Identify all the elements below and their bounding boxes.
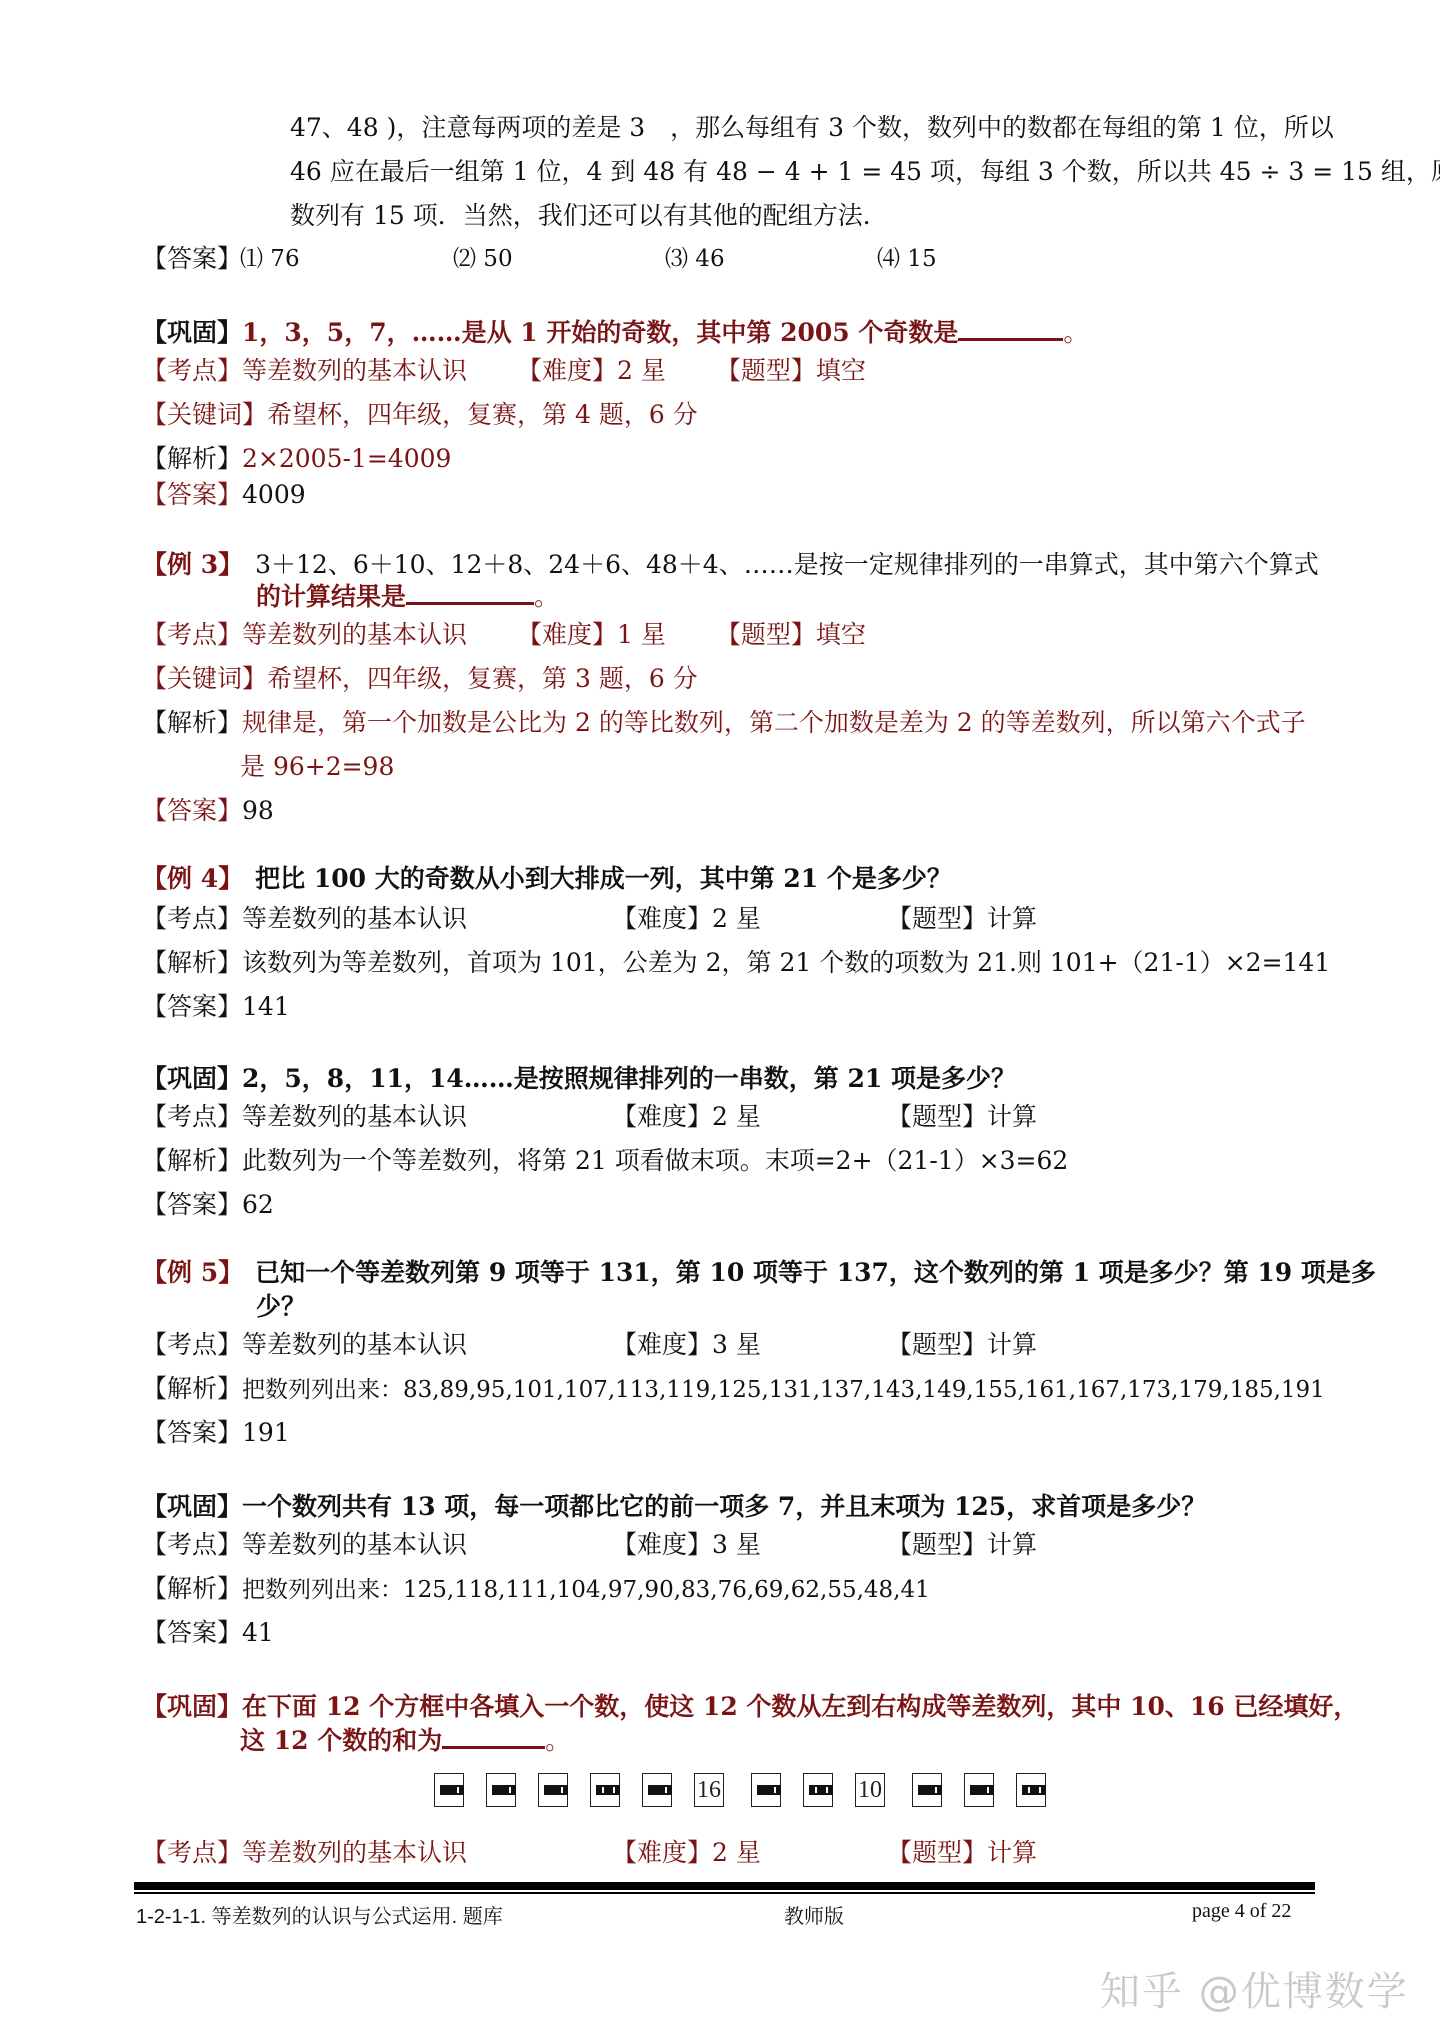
kaodian-value: 等差数列的基本认识: [242, 904, 467, 933]
meta-row: 【考点】等差数列的基本认识 【难度】2 星 【题型】计算: [142, 1100, 467, 1134]
problem-question: 【巩固】2，5，8，11，14……是按照规律排列的一串数，第 21 项是多少？: [142, 1062, 1016, 1096]
keywords-row: 【关键词】希望杯，四年级，复赛，第 4 题，6 分: [142, 398, 698, 432]
jiexi-value: 把数列列出来：125,118,111,104,97,90,83,76,69,62…: [242, 1577, 930, 1603]
kaodian-value: 等差数列的基本认识: [242, 1530, 467, 1559]
problem-label: 【巩固】: [142, 1492, 242, 1521]
jiexi-value: 该数列为等差数列，首项为 101，公差为 2，第 21 个数的项数为 21.则 …: [242, 948, 1330, 977]
footer-page-number: page 4 of 22: [1192, 1900, 1291, 1923]
answer-row: 【答案】191: [142, 1416, 290, 1450]
problem-question: 【巩固】1，3，5，7，……是从 1 开始的奇数，其中第 2005 个奇数是。: [142, 316, 1088, 350]
answer-row: 【答案】41: [142, 1616, 274, 1650]
answer-blank: [442, 1726, 545, 1749]
question-end: 。: [545, 1726, 570, 1755]
box-10[interactable]: [912, 1773, 942, 1807]
tixing-value: 计算: [987, 1102, 1037, 1131]
analysis-row: 【解析】此数列为一个等差数列，将第 21 项看做末项。末项=2+（21-1）×3…: [142, 1144, 1068, 1178]
meta-row: 【考点】等差数列的基本认识 【难度】2 星 【题型】填空: [142, 354, 866, 388]
tixing-value: 计算: [987, 1838, 1037, 1867]
daan-value: 141: [242, 992, 290, 1021]
answer-4: ⑷ 15: [877, 242, 937, 276]
problem-label: 【巩固】: [142, 318, 242, 347]
nandu-group: 【难度】2 星: [612, 1100, 761, 1134]
question-text-line2: 这 12 个数的和为: [240, 1726, 442, 1755]
nandu-value: 1 星: [617, 620, 666, 649]
tixing-value: 填空: [816, 356, 866, 385]
tixing-group: 【题型】计算: [887, 1528, 1037, 1562]
footer-edition: 教师版: [784, 1900, 844, 1929]
kaodian-label: 【考点】: [142, 1530, 242, 1559]
footer-rule-thin: [134, 1892, 1315, 1894]
problem-question-line2: 这 12 个数的和为。: [240, 1724, 570, 1758]
daan-value: 4009: [242, 480, 306, 509]
guanjianci-label: 【关键词】: [142, 664, 267, 693]
kaodian-label: 【考点】: [142, 1838, 242, 1867]
daan-value: 98: [242, 796, 274, 825]
intro-line-1: 47、48 )，注意每两项的差是 3 ，那么每组有 3 个数，数列中的数都在每组…: [290, 111, 1334, 145]
question-text: 一个数列共有 13 项，每一项都比它的前一项多 7，并且末项为 125，求首项是…: [242, 1492, 1206, 1521]
tixing-label: 【题型】: [716, 356, 816, 385]
problem-question: 【巩固】一个数列共有 13 项，每一项都比它的前一项多 7，并且末项为 125，…: [142, 1490, 1206, 1524]
analysis-line2: 是 96+2=98: [240, 750, 394, 784]
analysis-row: 【解析】把数列列出来：83,89,95,101,107,113,119,125,…: [142, 1372, 1325, 1407]
daan-label: 【答案】: [142, 796, 242, 825]
tixing-label: 【题型】: [887, 1330, 987, 1359]
question-text-line2: 少？: [256, 1290, 306, 1324]
question-text: 1，3，5，7，……是从 1 开始的奇数，其中第 2005 个奇数是: [242, 318, 958, 347]
kaodian-value: 等差数列的基本认识: [242, 1838, 467, 1867]
tixing-label: 【题型】: [716, 620, 816, 649]
nandu-label: 【难度】: [517, 356, 617, 385]
jiexi-label: 【解析】: [142, 1374, 242, 1403]
intro-line-2: 46 应在最后一组第 1 位，4 到 48 有 48 − 4 + 1 = 45 …: [290, 155, 1440, 189]
question-end: 。: [1063, 318, 1088, 347]
kaodian-value: 等差数列的基本认识: [242, 1330, 467, 1359]
analysis-row: 【解析】把数列列出来：125,118,111,104,97,90,83,76,6…: [142, 1572, 930, 1607]
nandu-group: 【难度】3 星: [612, 1328, 761, 1362]
nandu-label: 【难度】: [612, 1330, 712, 1359]
question-text: 2，5，8，11，14……是按照规律排列的一串数，第 21 项是多少？: [242, 1064, 1016, 1093]
footer-rule-thick: [134, 1882, 1315, 1890]
problem-question-line2: 的计算结果是。: [256, 580, 559, 614]
problem-question: 【例 4】把比 100 大的奇数从小到大排成一列，其中第 21 个是多少？: [142, 862, 952, 896]
daan-value: 62: [242, 1190, 274, 1219]
tixing-value: 计算: [987, 1330, 1037, 1359]
tixing-group: 【题型】计算: [887, 1100, 1037, 1134]
box-1[interactable]: [434, 1773, 464, 1807]
question-text: 3＋12、6＋10、12＋8、24＋6、48＋4、……是按一定规律排列的一串算式…: [255, 550, 1319, 579]
daan-label: 【答案】: [142, 992, 242, 1021]
analysis-row: 【解析】该数列为等差数列，首项为 101，公差为 2，第 21 个数的项数为 2…: [142, 946, 1330, 980]
meta-row: 【考点】等差数列的基本认识 【难度】2 星 【题型】计算: [142, 1836, 467, 1870]
nandu-value: 2 星: [712, 1102, 761, 1131]
nandu-label: 【难度】: [612, 904, 712, 933]
jiexi-label: 【解析】: [142, 1574, 242, 1603]
guanjianci-label: 【关键词】: [142, 400, 267, 429]
box-5[interactable]: [642, 1773, 672, 1807]
nandu-value: 3 星: [712, 1330, 761, 1359]
question-text: 在下面 12 个方框中各填入一个数，使这 12 个数从左到右构成等差数列，其中 …: [242, 1692, 1358, 1721]
question-text: 把比 100 大的奇数从小到大排成一列，其中第 21 个是多少？: [255, 864, 952, 893]
problem-question: 【例 3】3＋12、6＋10、12＋8、24＋6、48＋4、……是按一定规律排列…: [142, 548, 1319, 582]
problem-label: 【巩固】: [142, 1692, 242, 1721]
box-6-filled: 16: [694, 1773, 724, 1807]
kaodian-label: 【考点】: [142, 620, 242, 649]
tixing-group: 【题型】计算: [887, 1836, 1037, 1870]
problem-label: 【例 3】: [142, 550, 243, 579]
jiexi-label: 【解析】: [142, 948, 242, 977]
box-12[interactable]: [1016, 1773, 1046, 1807]
answer-row: 【答案】98: [142, 794, 274, 828]
kaodian-label: 【考点】: [142, 904, 242, 933]
answer-2: ⑵ 50: [453, 242, 513, 276]
analysis-row: 【解析】规律是，第一个加数是公比为 2 的等比数列，第二个加数是差为 2 的等差…: [142, 706, 1306, 740]
kaodian-label: 【考点】: [142, 1330, 242, 1359]
answer-1: ⑴ 76: [240, 242, 300, 276]
problem-label: 【例 5】: [142, 1258, 243, 1287]
problem-question: 【例 5】已知一个等差数列第 9 项等于 131，第 10 项等于 137，这个…: [142, 1256, 1376, 1290]
nandu-label: 【难度】: [612, 1102, 712, 1131]
intro-answer-row: 【答案】: [142, 242, 242, 276]
meta-row: 【考点】等差数列的基本认识 【难度】2 星 【题型】计算: [142, 902, 467, 936]
kaodian-value: 等差数列的基本认识: [242, 1102, 467, 1131]
tixing-value: 计算: [987, 1530, 1037, 1559]
tixing-label: 【题型】: [887, 904, 987, 933]
box-4[interactable]: [590, 1773, 620, 1807]
answer-blank: [406, 582, 534, 605]
daan-value: 41: [242, 1618, 274, 1647]
footer-doc-title: 1-2-1-1. 等差数列的认识与公式运用. 题库: [136, 1900, 503, 1929]
jiexi-value: 2×2005-1=4009: [242, 444, 451, 473]
box-9-filled: 10: [855, 1773, 885, 1807]
question-end: 。: [534, 582, 559, 611]
box-7[interactable]: [751, 1773, 781, 1807]
box-8[interactable]: [803, 1773, 833, 1807]
nandu-value: 2 星: [712, 904, 761, 933]
tixing-value: 计算: [987, 904, 1037, 933]
tixing-label: 【题型】: [887, 1102, 987, 1131]
problem-label: 【例 4】: [142, 864, 243, 893]
guanjianci-value: 希望杯，四年级，复赛，第 4 题，6 分: [267, 400, 698, 429]
box-11[interactable]: [964, 1773, 994, 1807]
watermark: 知乎 @优博数学: [1100, 1960, 1409, 2017]
question-text-line2: 的计算结果是: [256, 582, 406, 611]
answer-blank: [958, 318, 1063, 341]
meta-row: 【考点】等差数列的基本认识 【难度】3 星 【题型】计算: [142, 1328, 467, 1362]
nandu-label: 【难度】: [612, 1838, 712, 1867]
daan-label: 【答案】: [142, 480, 242, 509]
tixing-value: 填空: [816, 620, 866, 649]
jiexi-value: 规律是，第一个加数是公比为 2 的等比数列，第二个加数是差为 2 的等差数列，所…: [242, 708, 1306, 737]
answer-label: 【答案】: [142, 244, 242, 273]
daan-label: 【答案】: [142, 1418, 242, 1447]
tixing-label: 【题型】: [887, 1530, 987, 1559]
jiexi-label: 【解析】: [142, 1146, 242, 1175]
tixing-group: 【题型】计算: [887, 1328, 1037, 1362]
jiexi-label: 【解析】: [142, 444, 242, 473]
kaodian-value: 等差数列的基本认识: [242, 620, 467, 649]
box-2[interactable]: [486, 1773, 516, 1807]
keywords-row: 【关键词】希望杯，四年级，复赛，第 3 题，6 分: [142, 662, 698, 696]
answer-row: 【答案】62: [142, 1188, 274, 1222]
nandu-value: 2 星: [712, 1838, 761, 1867]
daan-value: 191: [242, 1418, 290, 1447]
tixing-label: 【题型】: [887, 1838, 987, 1867]
daan-label: 【答案】: [142, 1190, 242, 1219]
answer-row: 【答案】141: [142, 990, 290, 1024]
meta-row: 【考点】等差数列的基本认识 【难度】3 星 【题型】计算: [142, 1528, 467, 1562]
answer-row: 【答案】4009: [142, 478, 306, 512]
nandu-group: 【难度】2 星: [612, 1836, 761, 1870]
jiexi-label: 【解析】: [142, 708, 242, 737]
problem-label: 【巩固】: [142, 1064, 242, 1093]
answer-3: ⑶ 46: [665, 242, 725, 276]
meta-row: 【考点】等差数列的基本认识 【难度】1 星 【题型】填空: [142, 618, 866, 652]
analysis-row: 【解析】2×2005-1=4009: [142, 442, 451, 476]
intro-line-3: 数列有 15 项．当然，我们还可以有其他的配组方法．: [290, 199, 888, 233]
nandu-label: 【难度】: [612, 1530, 712, 1559]
question-text: 已知一个等差数列第 9 项等于 131，第 10 项等于 137，这个数列的第 …: [255, 1258, 1376, 1287]
kaodian-label: 【考点】: [142, 1102, 242, 1131]
kaodian-value: 等差数列的基本认识: [242, 356, 467, 385]
problem-question: 【巩固】在下面 12 个方框中各填入一个数，使这 12 个数从左到右构成等差数列…: [142, 1690, 1358, 1724]
tixing-group: 【题型】计算: [887, 902, 1037, 936]
jiexi-value: 把数列列出来：83,89,95,101,107,113,119,125,131,…: [242, 1377, 1325, 1403]
nandu-value: 2 星: [617, 356, 666, 385]
nandu-group: 【难度】2 星: [612, 902, 761, 936]
nandu-group: 【难度】3 星: [612, 1528, 761, 1562]
guanjianci-value: 希望杯，四年级，复赛，第 3 题，6 分: [267, 664, 698, 693]
nandu-label: 【难度】: [517, 620, 617, 649]
jiexi-value: 此数列为一个等差数列，将第 21 项看做末项。末项=2+（21-1）×3=62: [242, 1146, 1068, 1175]
kaodian-label: 【考点】: [142, 356, 242, 385]
daan-label: 【答案】: [142, 1618, 242, 1647]
nandu-value: 3 星: [712, 1530, 761, 1559]
box-3[interactable]: [538, 1773, 568, 1807]
